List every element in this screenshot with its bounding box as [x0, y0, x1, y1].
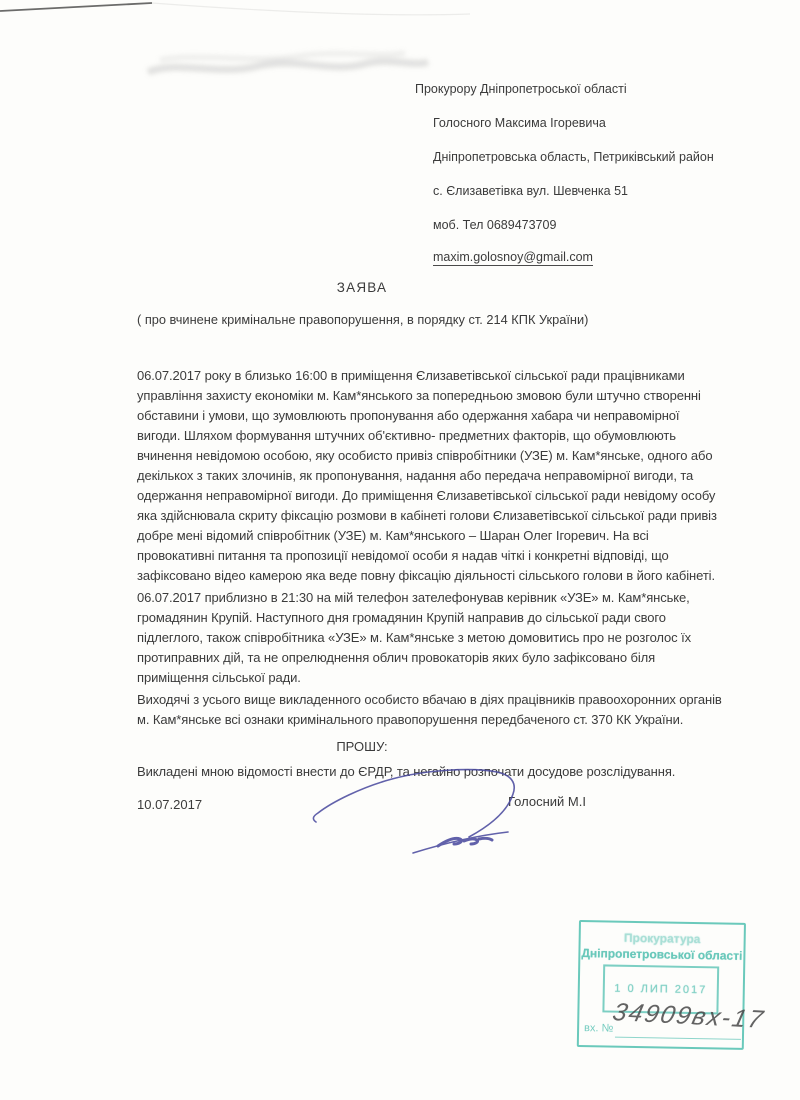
text-line: протиправних дій, та не опрелюднення обл… [137, 648, 691, 668]
title-subtitle: ( про вчинене кримінальне правопорушення… [137, 312, 587, 327]
recipient-address-block: Прокурору Дніпропетроської областіГолосн… [415, 80, 714, 264]
document-date: 10.07.2017 [137, 797, 202, 812]
body-paragraph-2: 06.07.2017 приблизно в 21:30 на мій теле… [137, 588, 691, 688]
text-line: зафіксовано відео камерою яка веде повну… [137, 566, 717, 586]
signature-main-loop [313, 770, 514, 837]
page-title: ЗАЯВА [137, 280, 587, 295]
body-paragraph-3: Виходячі з усього вище викладенного особ… [137, 690, 722, 730]
text-line: управління захисту економіки м. Кам*янсь… [137, 386, 717, 406]
title-block: ЗАЯВА ( про вчинене кримінальне правопор… [137, 280, 587, 327]
email-address: maxim.golosnoy@gmail.com [415, 250, 714, 264]
text-line: одержання неправомірної вигоди. До примі… [137, 486, 717, 506]
handwritten-signature [280, 740, 560, 880]
scan-edge-fade [152, 3, 470, 15]
text-line: громадянин Крупій. Наступного дня громад… [137, 608, 691, 628]
stamp-reg-label: вх. № [584, 1022, 613, 1035]
text-line: обставини і умови, що зумовлюють пропону… [137, 406, 717, 426]
scan-edge-line [0, 3, 152, 11]
text-line: м. Кам*янське всі ознаки кримінального п… [137, 710, 722, 730]
text-line: добре мені відомий співробітник (УЗЕ) м.… [137, 526, 717, 546]
text-line: декількох з таких злочинів, як пропонува… [137, 466, 717, 486]
stamp-date: 1 0 ЛИП 2017 [614, 983, 707, 997]
stamp-org-line1: Прокуратура [581, 930, 744, 947]
text-line: 06.07.2017 року в близько 16:00 в приміщ… [137, 366, 717, 386]
text-line: Голосного Максима Ігоревича [415, 114, 714, 132]
text-line: Прокурору Дніпропетроської області [415, 80, 714, 98]
signature-flourish [438, 838, 492, 846]
text-line: провокативні питання та пропозиції невід… [137, 546, 717, 566]
text-line: Дніпропетровська область, Петриківський … [415, 148, 714, 166]
body-paragraph-1: 06.07.2017 року в близько 16:00 в приміщ… [137, 366, 717, 586]
stamp-org-line2: Дніпропетровської області [580, 946, 743, 963]
stamp-reg-underline [615, 1037, 741, 1040]
scanned-document-page: Прокурору Дніпропетроської областіГолосн… [0, 0, 800, 1100]
text-line: підлеглого, також співробітника «УЗЕ» м.… [137, 628, 691, 648]
text-line: яка здійснювала скриту фіксацію розмови … [137, 506, 717, 526]
text-line: с. Єлизаветівка вул. Шевченка 51 [415, 182, 714, 200]
text-line: Виходячі з усього вище викладенного особ… [137, 690, 722, 710]
recipient-lines: Прокурору Дніпропетроської областіГолосн… [415, 80, 714, 234]
text-line: вчинення невідомою особою, яку особисто … [137, 446, 717, 466]
text-line: моб. Тел 0689473709 [415, 216, 714, 234]
text-line: вигоди. Шляхом формування штучних об'єкт… [137, 426, 717, 446]
faded-handwriting-smudge [148, 53, 428, 72]
text-line: 06.07.2017 приблизно в 21:30 на мій теле… [137, 588, 691, 608]
text-line: приміщення сільської ради. [137, 668, 691, 688]
